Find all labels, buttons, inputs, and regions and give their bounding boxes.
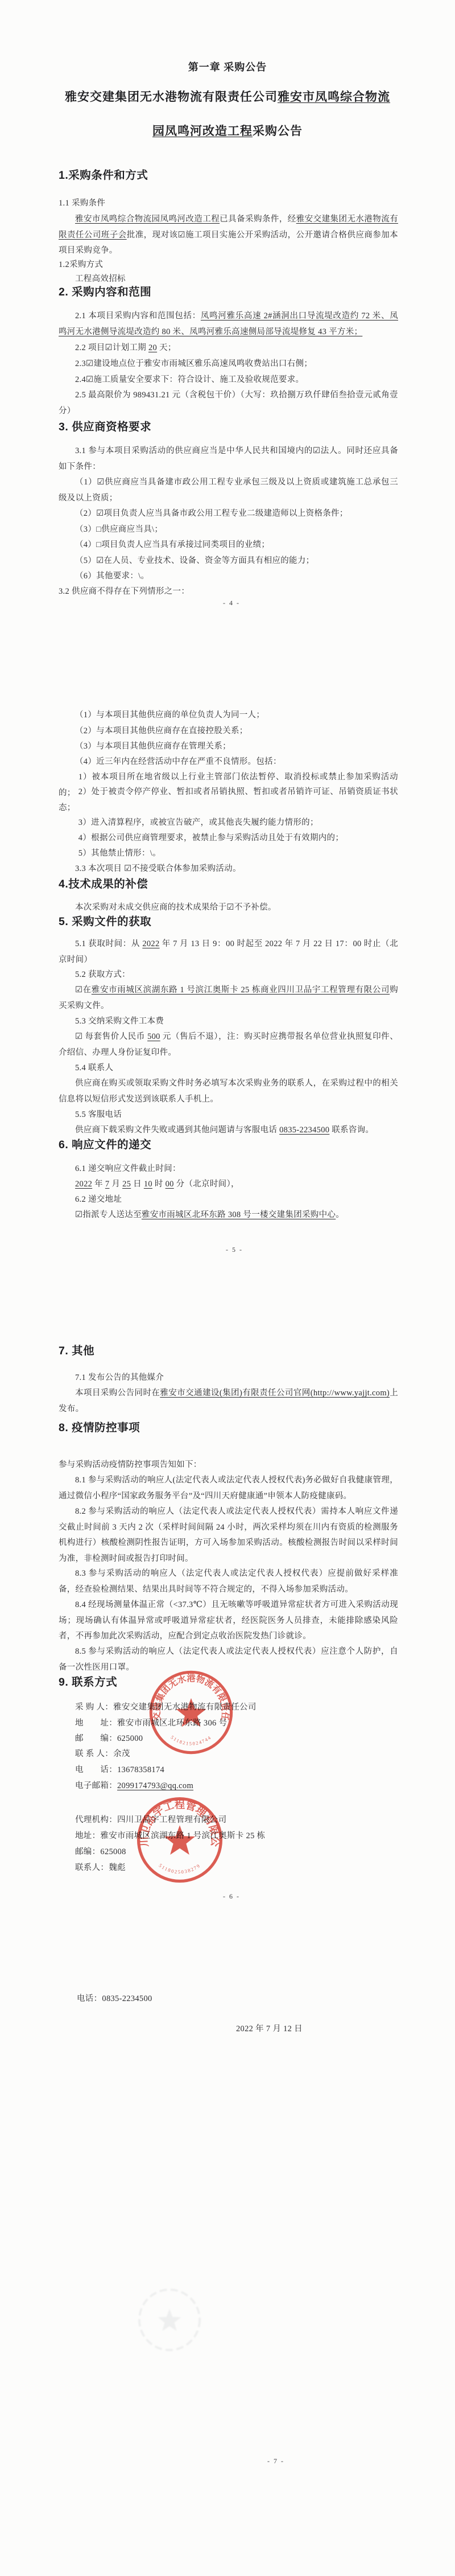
agent-zip-label: 邮编： — [75, 1847, 100, 1856]
main-title-line1: 雅安交建集团无水港物流有限责任公司雅安市凤鸣综合物流 — [28, 88, 427, 105]
deadline-hour: 10 — [144, 1180, 152, 1189]
prohibited-item-2: （2）与本项目其他供应商存在直接控股关系； — [59, 724, 398, 739]
agent-company-seal: 四川卫品宇工程管理有限公司 5118025038279 — [134, 1794, 226, 1886]
buyer-email-line: 电子邮箱：2099174793@qq.com — [75, 1778, 394, 1794]
section-3-2-subheading: 3.2 供应商不得存在下列情形之一： — [59, 584, 398, 600]
p51-plain-1: 5.1 获取时间：从 — [75, 939, 142, 948]
section-5-4-paragraph: 供应商在购买或领取采购文件时务必填写本次采购业务的联系人，在采购过程中的相关信息… — [59, 1076, 398, 1107]
section-1-1-subheading: 1.1 采购条件 — [59, 196, 398, 212]
buyer-contact-label: 联 系 人： — [75, 1749, 113, 1759]
section-2-3-line: 2.3☑建设地点位于雅安市雨城区雅乐高速凤鸣收费站出口右侧； — [59, 356, 398, 372]
document-scan-page: 第一章 采购公告 雅安交建集团无水港物流有限责任公司雅安市凤鸣综合物流 园凤鸣河… — [0, 0, 455, 2576]
deadline-minute: 00 — [166, 1180, 174, 1189]
qualification-item-1: （1）☑供应商应当具备建市政公用工程专业承包三级及以上资质或建筑施工总承包三级及… — [59, 475, 398, 506]
bad-record-item-2: 2）处于被责令停产停业、暂扣或者吊销执照、暂扣或者吊销许可证、吊销资质证书状态； — [59, 784, 398, 816]
svg-text:5118215024744: 5118215024744 — [169, 1735, 212, 1747]
p22-plain-1: 2.2 项目☑计划工期 — [75, 343, 148, 352]
covid-intro-line: 参与采购活动疫情防控事项告知如下： — [59, 1457, 398, 1473]
bad-record-item-4: 4）根据公司供应商管理要求，被禁止参与采购活动且处于有效期内的； — [59, 831, 398, 847]
seal2-number-text: 5118025038279 — [158, 1862, 202, 1875]
prohibited-item-3: （3）与本项目其他供应商存在管理关系； — [59, 739, 398, 755]
section-1-heading: 1.采购条件和方式 — [59, 168, 398, 184]
website-underlined: 雅安市交通建设(集团)有限责任公司官网(http://www.yajjt.com… — [160, 1388, 390, 1398]
section-2-5-paragraph: 2.5 最高限价为 989431.21 元（含税包干价）（大写：玖拾捌万玖仟肆佰… — [59, 388, 398, 419]
section-5-heading: 5. 采购文件的获取 — [59, 914, 398, 930]
buyer-company-seal: 雅安交建集团无水港物流有限责任公司 5118215024744 — [146, 1667, 236, 1757]
bad-record-item-5: 5）其他禁止情形：\。 — [59, 846, 398, 862]
p62-checkbox-text: ☑指派专人送达至 — [75, 1210, 142, 1219]
page-number-7: - 7 - — [250, 2457, 301, 2466]
agent-label: 代理机构： — [75, 1815, 117, 1825]
agent-address-label: 地址： — [75, 1831, 100, 1840]
section-2-1-paragraph: 2.1 本项目采购内容和范围包括：凤鸣河雅乐高速 2#涵洞出口导流堤改造约 72… — [59, 309, 398, 340]
deadline-day: 25 — [122, 1180, 131, 1189]
buyer-contact-value: 余茂 — [113, 1749, 130, 1759]
p62-plain: 。 — [336, 1210, 344, 1219]
section-7-heading: 7. 其他 — [59, 1344, 398, 1359]
section-5-3-subheading: 5.3 交纳采购文件工本费 — [59, 1014, 398, 1030]
purchase-address-underlined: 雅安市雨城区滨湖东路 1 号滨江奥斯卡 25 栋商业四川卫品宇工程管理有限公司 — [92, 985, 390, 995]
main-title-line2-plain: 采购公告 — [253, 124, 303, 138]
qualification-item-3: （3）□供应商应当具\； — [59, 522, 398, 538]
agent-phone-value: 0835-2234500 — [102, 1994, 152, 2003]
covid-item-8-4: 8.4 经现场测量体温正常（<37.3℃）且无咳嗽等呼吸道异常症状者方可进入采购… — [59, 1597, 398, 1645]
agent-zip-line: 邮编：625008 — [75, 1844, 394, 1860]
seal-star-icon — [164, 1825, 195, 1855]
seal-star-icon — [176, 1698, 206, 1727]
delivery-address-line: ☑指派专人送达至雅安市雨城区北环东路 308 号一楼交建集团采购中心。 — [59, 1207, 398, 1223]
announcement-date: 2022 年 7 月 12 日 — [236, 2022, 378, 2037]
covid-item-8-2: 8.2 参与采购活动的响应人（法定代表人或法定代表人授权代表）需持本人响应文件递… — [59, 1504, 398, 1567]
year-underlined: 2022 — [142, 939, 159, 948]
section-7-1-paragraph: 本项目采购公告同时在雅安市交通建设(集团)有限责任公司官网(http://www… — [59, 1386, 398, 1417]
service-phone-underlined: 0835-2234500 — [279, 1125, 329, 1135]
ghost-star-icon — [158, 2309, 181, 2331]
agent-line: 代理机构：四川卫品宇工程管理有限公司 — [75, 1813, 394, 1829]
prohibited-item-1: （1）与本项目其他供应商的单位负责人为同一人； — [59, 708, 398, 724]
section-3-1-paragraph: 3.1 参与本项目采购活动的供应商应当是中华人民共和国境内的☑法人。同时还应具备… — [59, 443, 398, 475]
main-title-line1-plain: 雅安交建集团无水港物流有限责任公司 — [65, 90, 278, 104]
p55-plain-1: 供应商下载采购文件失败或遇到其他问题请与客服电话 — [75, 1125, 279, 1135]
buyer-address-label: 地 址： — [75, 1719, 117, 1728]
p55-plain-2: 联系咨询。 — [329, 1125, 374, 1135]
p11-plain-1: 已具备采购条件，经 — [220, 215, 296, 224]
p71-plain-1: 本项目采购公告同时在 — [75, 1388, 160, 1398]
agent-contact-label: 联系人： — [75, 1863, 109, 1872]
section-1-1-paragraph: 雅安市凤鸣综合物流园凤鸣河改造工程已具备采购条件，经雅安交建集团无水港物流有限责… — [59, 212, 398, 259]
buyer-phone-line: 电 话：13678358174 — [75, 1762, 394, 1778]
seal1-number-text: 5118215024744 — [169, 1735, 212, 1747]
main-title-line2: 园凤鸣河改造工程采购公告 — [28, 122, 427, 139]
t2: 年 — [92, 1180, 105, 1189]
t6: 日 — [131, 1180, 144, 1189]
qualification-item-2: （2）☑项目负责人应当具备市政公用工程专业二级建造师以上资格条件； — [59, 506, 398, 522]
agent-contact-value: 魏彪 — [109, 1863, 126, 1872]
buyer-label: 采 购 人： — [75, 1703, 113, 1712]
section-5-4-subheading: 5.4 联系人 — [59, 1061, 398, 1077]
main-title-line2-underlined: 园凤鸣河改造工程 — [152, 124, 253, 138]
section-8-heading: 8. 疫情防控事项 — [59, 1420, 398, 1436]
deadline-line: 2022 年 7 月 25 日 10 时 00 分（北京时间）， — [59, 1177, 398, 1193]
t8: 时 — [152, 1180, 166, 1189]
agent-contact-line: 联系人：魏彪 — [75, 1860, 394, 1876]
section-2-2-line: 2.2 项目☑计划工期 20 天； — [59, 340, 398, 356]
section-4-paragraph: 本次采购对未成交供应商的技术成果给于☑不予补偿。 — [59, 900, 398, 916]
buyer-email-label: 电子邮箱： — [75, 1781, 117, 1790]
qualification-item-6: （6）其他要求：\。 — [59, 569, 398, 585]
section-2-heading: 2. 采购内容和范围 — [59, 285, 398, 301]
svg-text:5118025038279: 5118025038279 — [158, 1862, 202, 1875]
buyer-zip-value: 625000 — [117, 1734, 143, 1743]
agent-zip-value: 625008 — [100, 1847, 126, 1856]
section-5-5-subheading: 5.5 客服电话 — [59, 1107, 398, 1123]
qualification-item-4: （4）□项目负责人应当具有承接过同类项目的业绩； — [59, 537, 398, 553]
section-3-3-line: 3.3 本次项目 ☑不接受联合体参加采购活动。 — [59, 861, 398, 877]
chapter-title: 第一章 采购公告 — [28, 60, 427, 76]
section-5-2-subheading: 5.2 获取方式： — [59, 967, 398, 983]
section-5-3-option: ☑ 每套售价人民币 500 元（售后不退），注：购买时应携带报名单位营业执照复印… — [59, 1029, 398, 1061]
section-1-2-subheading: 1.2采购方式 — [59, 257, 398, 273]
main-title-line1-underlined: 雅安市凤鸣综合物流 — [278, 90, 390, 104]
prohibited-item-4: （4）近三年内在经营活动中存在严重不良情形。包括： — [59, 754, 398, 770]
buyer-zip-label: 邮 编： — [75, 1734, 117, 1743]
project-name-underlined: 雅安市凤鸣综合物流园凤鸣河改造工程 — [75, 215, 220, 224]
section-6-heading: 6. 响应文件的递交 — [59, 1137, 398, 1153]
deadline-year: 2022 — [75, 1180, 92, 1189]
covid-item-8-1: 8.1 参与采购活动的响应人(法定代表人或法定代表人授权代表)务必做好自我健康管… — [59, 1473, 398, 1504]
page-number-4: - 4 - — [206, 599, 257, 607]
t10: 分（北京时间）， — [174, 1180, 239, 1189]
qualification-item-5: （5）☑在人员、专业技术、设备、资金等方面具有相应的能力； — [59, 553, 398, 569]
buyer-phone-value: 13678358174 — [117, 1765, 164, 1774]
section-2-4-line: 2.4☑施工质量安全要求下：符合设计、施工及验收规范要求。 — [59, 372, 398, 388]
agent-phone-label: 电话： — [77, 1994, 102, 2003]
t4: 月 — [109, 1180, 122, 1189]
buyer-email-value: 2099174793@qq.com — [117, 1781, 193, 1790]
delivery-address-underlined: 雅安市雨城区北环东路 308 号一楼交建集团采购中心 — [142, 1210, 336, 1219]
covid-item-8-3: 8.3 参与采购活动的响应人（法定代表人或法定代表人授权代表）应提前做好采样准备… — [59, 1566, 398, 1597]
ghost-seal-bleedthrough — [135, 2282, 204, 2358]
p53-plain-1: ☑ 每套售价人民币 — [75, 1032, 147, 1041]
section-5-5-paragraph: 供应商下载采购文件失败或遇到其他问题请与客服电话 0835-2234500 联系… — [59, 1123, 398, 1139]
p22-plain-2: 天； — [157, 343, 176, 352]
bad-record-item-3: 3）进入清算程序，或被宣告破产，或其他丧失履约能力情形的； — [59, 815, 398, 831]
agent-phone-line: 电话：0835-2234500 — [77, 1991, 304, 2007]
buyer-phone-label: 电 话： — [75, 1765, 117, 1774]
p52-checkbox-text: ☑在 — [75, 985, 92, 995]
agent-address-line: 地址：雅安市雨城区滨湖东路 1 号滨江奥斯卡 25 栋 — [75, 1829, 394, 1844]
price-underlined: 500 — [147, 1032, 160, 1041]
section-4-heading: 4.技术成果的补偿 — [59, 877, 398, 893]
duration-underlined: 20 — [148, 343, 157, 352]
p21-plain: 2.1 本项目采购内容和范围包括： — [75, 311, 201, 321]
page-number-6: - 6 - — [206, 1892, 257, 1901]
section-5-1-paragraph: 5.1 获取时间：从 2022 年 7 月 13 日 9：00 时起至 2022… — [59, 936, 398, 968]
section-7-1-subheading: 7.1 发布公告的其他媒介 — [59, 1370, 398, 1386]
section-5-2-option: ☑在雅安市雨城区滨湖东路 1 号滨江奥斯卡 25 栋商业四川卫品宇工程管理有限公… — [59, 983, 398, 1014]
page-number-5: - 5 - — [209, 1246, 260, 1254]
section-6-2-subheading: 6.2 递交地址 — [59, 1192, 398, 1208]
section-6-1-subheading: 6.1 递交响应文件截止时间： — [59, 1161, 398, 1177]
section-3-heading: 3. 供应商资格要求 — [59, 420, 398, 436]
